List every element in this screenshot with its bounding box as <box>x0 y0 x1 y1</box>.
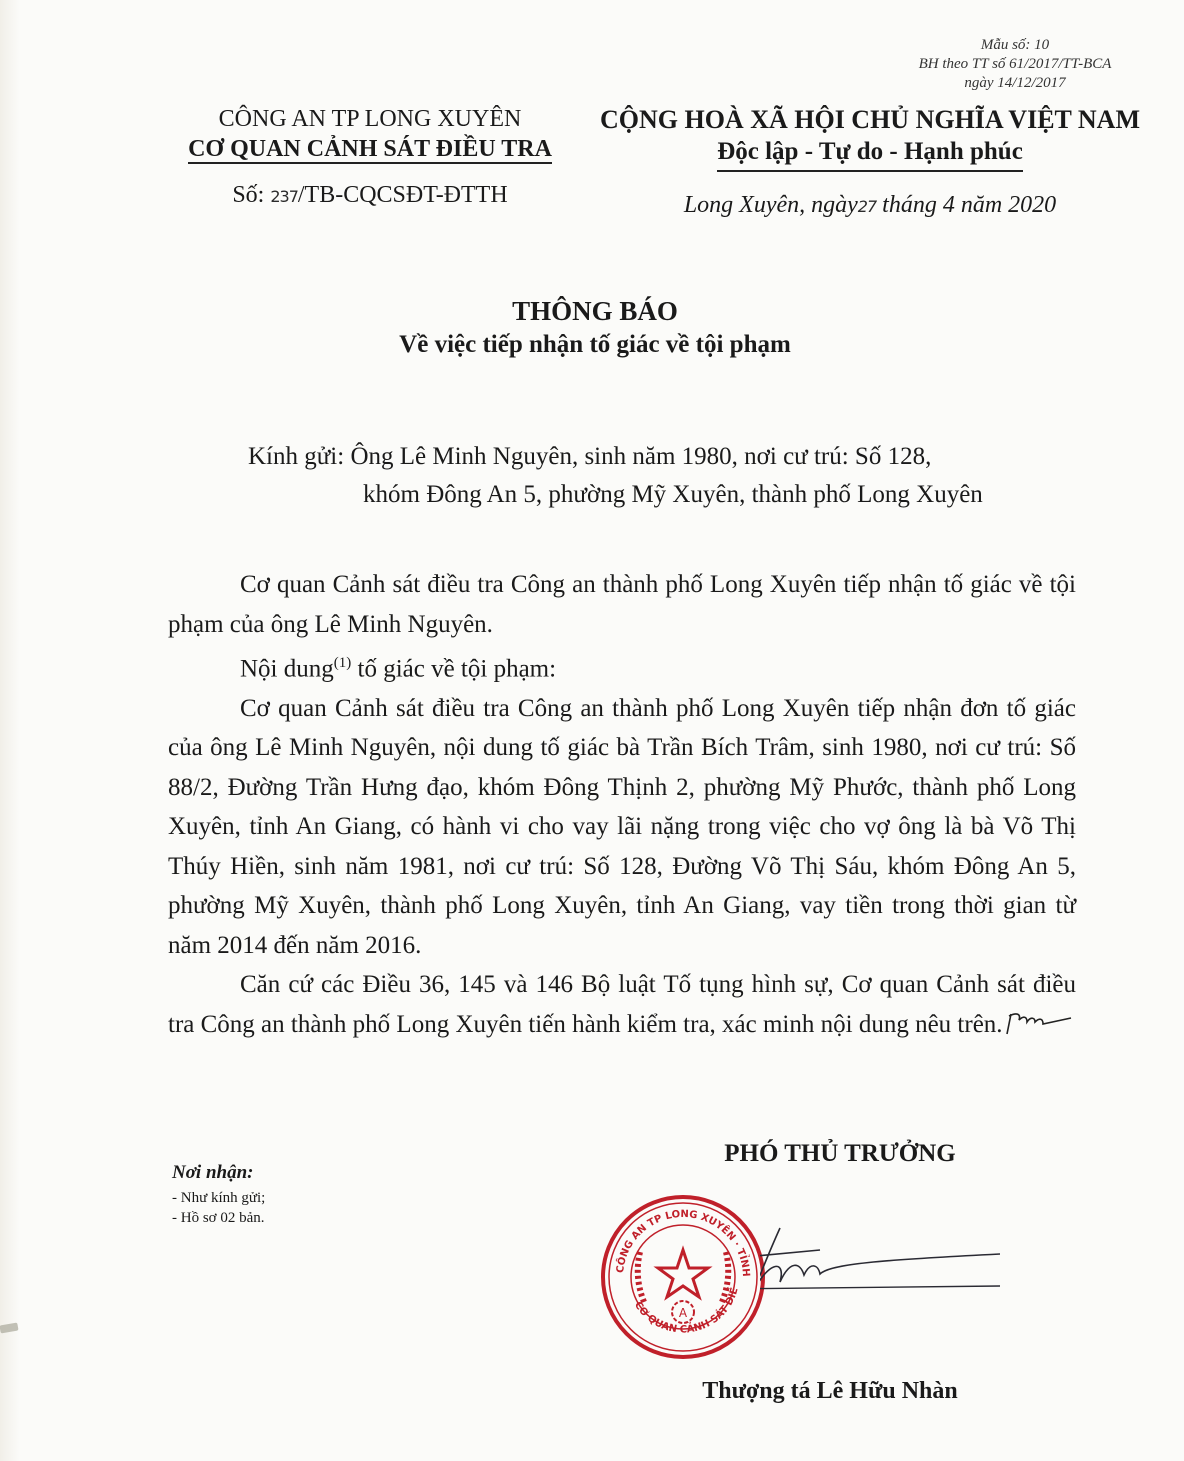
form-regulation: BH theo TT số 61/2017/TT-BCA <box>880 55 1150 74</box>
document-number: Số: 237/TB-CQCSĐT-ĐTTH <box>150 182 590 209</box>
body-paragraph-1: Cơ quan Cảnh sát điều tra Công an thành … <box>168 565 1076 644</box>
official-seal-icon: CÔNG AN TP LONG XUYÊN · TỈNH AN GIANG CƠ… <box>598 1192 768 1362</box>
document-body: Cơ quan Cảnh sát điều tra Công an thành … <box>168 565 1076 1044</box>
signer-title: PHÓ THỦ TRƯỞNG <box>700 1140 980 1168</box>
nation-name: CỘNG HOÀ XÃ HỘI CHỦ NGHĨA VIỆT NAM <box>580 104 1160 136</box>
handwritten-number: 237 <box>270 187 298 206</box>
recipient-item: - Như kính gửi; <box>172 1188 432 1208</box>
recipients-list: Nơi nhận: - Như kính gửi; - Hồ sơ 02 bản… <box>172 1162 432 1228</box>
body-paragraph-3: Cơ quan Cảnh sát điều tra Công an thành … <box>168 689 1076 966</box>
agency-name: CÔNG AN TP LONG XUYÊN <box>150 104 590 134</box>
svg-text:A: A <box>679 1306 688 1320</box>
document-title: THÔNG BÁO Về việc tiếp nhận tố giác về t… <box>330 294 860 362</box>
unit-name: CƠ QUAN CẢNH SÁT ĐIỀU TRA <box>150 134 590 164</box>
footnote-ref: (1) <box>334 655 352 671</box>
recipient-item: - Hồ sơ 02 bản. <box>172 1208 432 1228</box>
handwritten-signature-icon <box>760 1220 1000 1340</box>
form-regulation-date: ngày 14/12/2017 <box>880 74 1150 93</box>
national-header: CỘNG HOÀ XÃ HỘI CHỦ NGHĨA VIỆT NAM Độc l… <box>580 104 1160 219</box>
recipients-header: Nơi nhận: <box>172 1162 432 1184</box>
addressee-line-1: Kính gửi: Ông Lê Minh Nguyên, sinh năm 1… <box>248 438 1068 476</box>
addressee-line-2: khóm Đông An 5, phường Mỹ Xuyên, thành p… <box>248 476 1068 514</box>
issuing-agency-header: CÔNG AN TP LONG XUYÊN CƠ QUAN CẢNH SÁT Đ… <box>150 104 590 209</box>
form-number: Mẫu số: 10 <box>880 36 1150 55</box>
place-and-date: Long Xuyên, ngày27 tháng 4 năm 2020 <box>580 192 1160 219</box>
signer-name: Thượng tá Lê Hữu Nhàn <box>660 1378 1000 1405</box>
addressee: Kính gửi: Ông Lê Minh Nguyên, sinh năm 1… <box>248 438 1068 514</box>
body-paragraph-2: Nội dung(1) tố giác về tội phạm: <box>168 644 1076 689</box>
handwritten-day: 27 <box>858 197 876 216</box>
title-main: THÔNG BÁO <box>330 294 860 328</box>
body-paragraph-4: Căn cứ các Điều 36, 145 và 146 Bộ luật T… <box>168 965 1076 1044</box>
form-template-note: Mẫu số: 10 BH theo TT số 61/2017/TT-BCA … <box>880 36 1150 93</box>
title-subject: Về việc tiếp nhận tố giác về tội phạm <box>330 328 860 362</box>
scanned-page-edge <box>0 0 20 1461</box>
national-motto: Độc lập - Tự do - Hạnh phúc <box>717 136 1023 172</box>
initial-signature-icon <box>1003 1010 1073 1038</box>
